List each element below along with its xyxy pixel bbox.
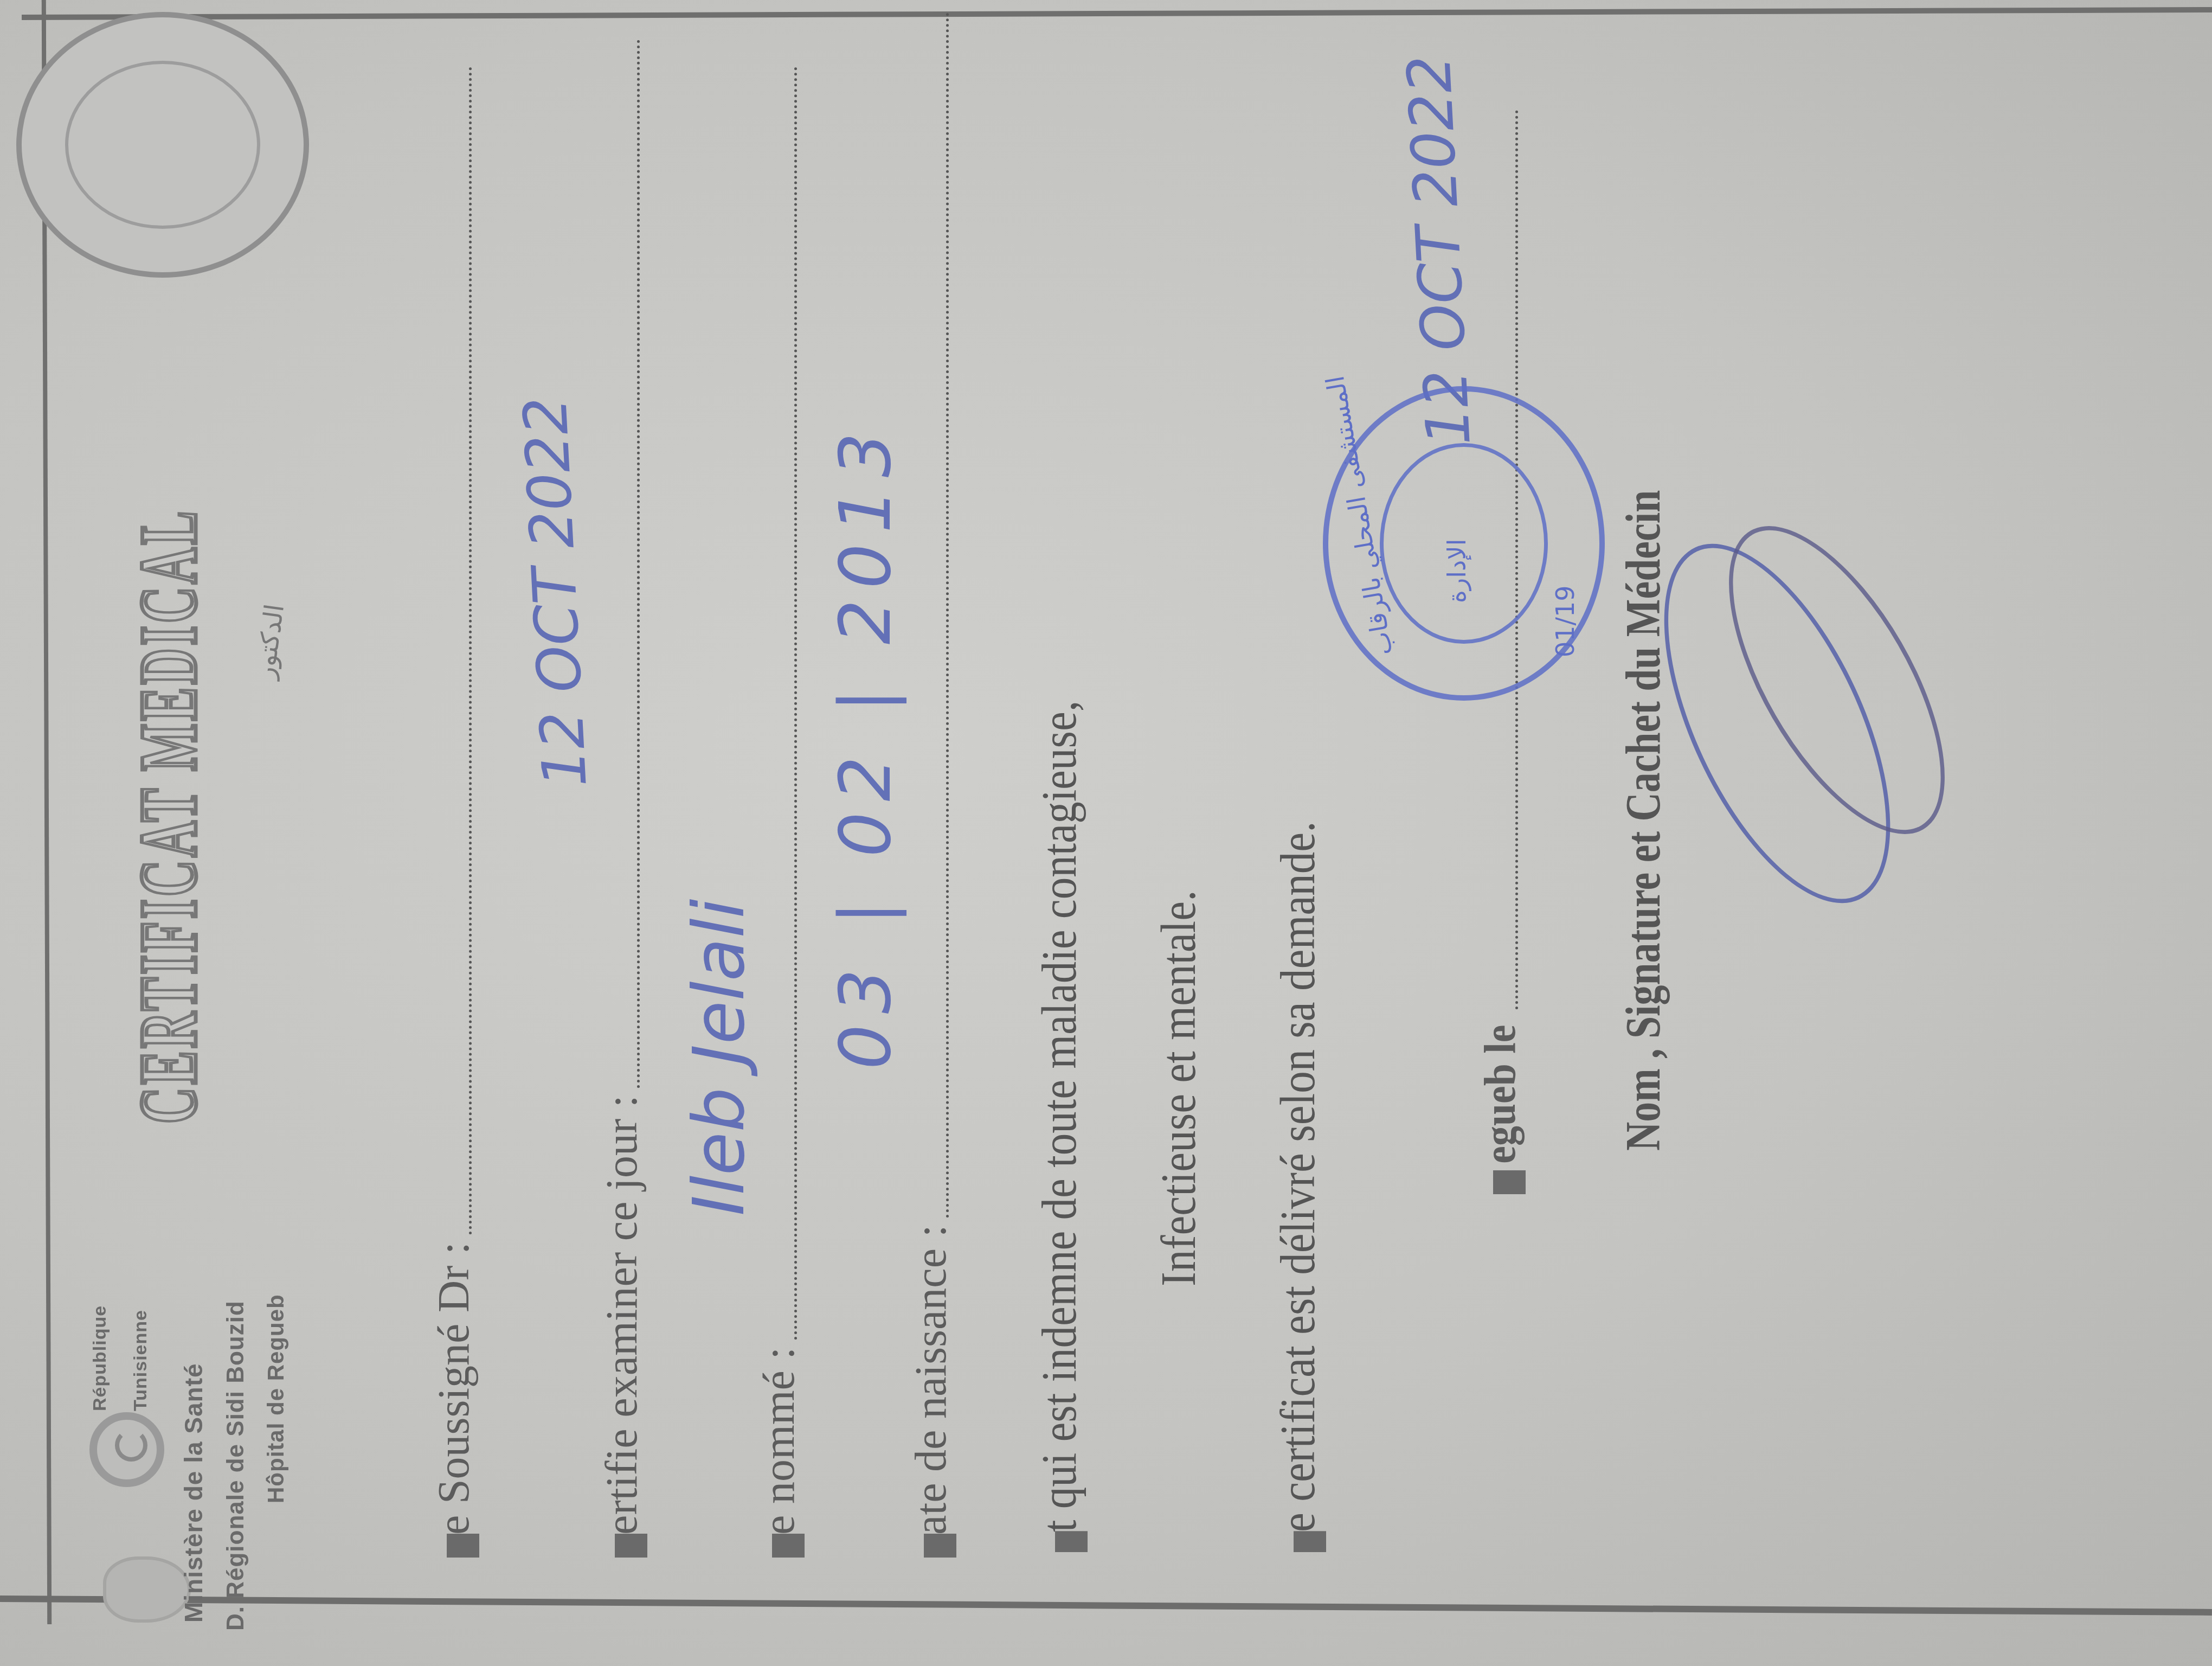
header-ministry: Ministère de la Santé xyxy=(179,1363,208,1623)
official-seal-icon xyxy=(16,12,309,278)
exam-label: ertifie examiner ce jour : xyxy=(596,1095,647,1535)
doctor-label: e Soussigné Dr : xyxy=(428,1242,479,1535)
coat-of-arms-icon xyxy=(103,1556,191,1623)
drop-cap xyxy=(447,1534,479,1558)
dob-value-line xyxy=(946,12,949,1218)
header-republic-line1: République xyxy=(89,1305,111,1411)
page-title: CERTIFICAT MEDICAL xyxy=(122,509,215,1124)
drop-cap xyxy=(924,1534,956,1558)
signature-label: Nom , Signature et Cachet du Médecin xyxy=(1616,490,1671,1151)
exam-date-value: 12 OCT 2022 xyxy=(510,395,600,789)
medical-certificate: République Tunisienne Ministère de la Sa… xyxy=(0,0,2212,1666)
dob-value: 03 | 02 | 2013 xyxy=(824,421,906,1069)
exam-date-field: ertifie examiner ce jour : xyxy=(596,39,647,1558)
drop-cap xyxy=(772,1534,805,1558)
drop-cap xyxy=(1493,1170,1526,1194)
stamp-arabic-inner: الإدارة xyxy=(1442,539,1471,603)
header-hospital: Hôpital de Regueb xyxy=(263,1294,289,1503)
name-value-line xyxy=(794,66,797,1340)
doctor-field: e Soussigné Dr : xyxy=(428,66,479,1558)
name-field: e nommé : xyxy=(754,66,805,1558)
dob-label: ate de naissance : xyxy=(905,1225,956,1535)
dob-field: ate de naissance : xyxy=(905,12,956,1558)
name-label: e nommé : xyxy=(754,1347,805,1535)
tunisia-emblem-icon xyxy=(89,1412,164,1487)
body-line-1: t qui est indemne de toute maladie conta… xyxy=(1030,701,1088,1552)
name-value: Ileb Jelali xyxy=(678,899,760,1216)
body-line-3: e certificat est délivré selon sa demand… xyxy=(1269,822,1326,1552)
body-line-2: Infectieuse et mentale. xyxy=(1149,890,1207,1286)
header-republic-line2: Tunisienne xyxy=(130,1310,151,1411)
doctor-value-line xyxy=(469,66,472,1234)
drop-cap xyxy=(1294,1531,1326,1552)
arabic-note: الدكتور xyxy=(250,602,291,681)
place-label: egueb le xyxy=(1475,1025,1526,1164)
exam-value-line xyxy=(637,39,640,1088)
drop-cap xyxy=(1055,1531,1088,1552)
header-regional: D. Régionale de Sidi Bouzid xyxy=(222,1300,249,1631)
stamp-number: 01/19 xyxy=(1551,585,1580,657)
drop-cap xyxy=(615,1534,647,1558)
